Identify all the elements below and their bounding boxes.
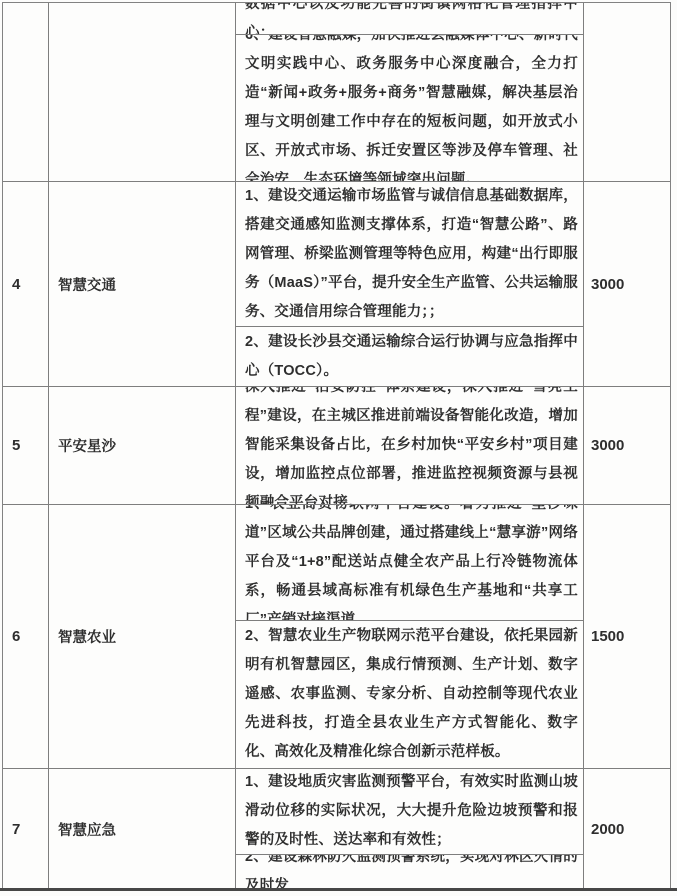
- project-name: 智慧应急: [58, 819, 116, 840]
- budget-value: 2000: [591, 821, 624, 838]
- table-row-6: 6 智慧农业 1、农业商贸物联网平台建设。着力推进“星沙味道”区域公共品牌创建，…: [3, 504, 670, 768]
- project-name-cell: 智慧农业: [49, 505, 236, 768]
- row-number-cell: [3, 3, 49, 181]
- detail-text: 数据中心以及功能完善的街镇网格化管理指挥中心；: [245, 3, 578, 34]
- detail-text: 2、建设长沙县交通运输综合运行协调与应急指挥中心（TOCC）。: [245, 328, 578, 386]
- detail-text: 2、智慧农业生产物联网示范平台建设，依托果园新明有机智慧园区，集成行情预测、生产…: [245, 622, 578, 767]
- detail-item: 数据中心以及功能完善的街镇网格化管理指挥中心；: [236, 3, 583, 34]
- details-cell: 数据中心以及功能完善的街镇网格化管理指挥中心； 6、建设智慧融媒，加快推进县融媒…: [236, 3, 584, 181]
- budget-cell: 3000: [584, 387, 670, 504]
- project-name: 智慧交通: [58, 274, 116, 295]
- detail-item: 2、智慧农业生产物联网示范平台建设，依托果园新明有机智慧园区，集成行情预测、生产…: [236, 620, 583, 768]
- detail-text: 1、建设地质灾害监测预警平台，有效实时监测山坡滑动位移的实际状况，大大提升危险边…: [245, 769, 578, 854]
- detail-item: 深入推进“治安防控”体系建设，深入推进“雪亮工程”建设，在主城区推进前端设备智能…: [236, 387, 583, 504]
- budget-value: 3000: [591, 276, 624, 293]
- detail-item: 1、农业商贸物联网平台建设。着力推进“星沙味道”区域公共品牌创建，通过搭建线上“…: [236, 505, 583, 620]
- project-name-cell: 平安星沙: [49, 387, 236, 504]
- row-number-cell: 4: [3, 182, 49, 386]
- table-row-5: 5 平安星沙 深入推进“治安防控”体系建设，深入推进“雪亮工程”建设，在主城区推…: [3, 386, 670, 504]
- detail-text: 1、农业商贸物联网平台建设。着力推进“星沙味道”区域公共品牌创建，通过搭建线上“…: [245, 505, 578, 620]
- details-cell: 1、建设交通运输市场监管与诚信信息基础数据库，搭建交通感知监测支撑体系，打造“智…: [236, 182, 584, 386]
- detail-text: 深入推进“治安防控”体系建设，深入推进“雪亮工程”建设，在主城区推进前端设备智能…: [245, 387, 578, 504]
- budget-cell: [584, 3, 670, 181]
- details-cell: 1、建设地质灾害监测预警平台，有效实时监测山坡滑动位移的实际状况，大大提升危险边…: [236, 769, 584, 889]
- row-number: 6: [12, 628, 20, 645]
- detail-text: 1、建设交通运输市场监管与诚信信息基础数据库，搭建交通感知监测支撑体系，打造“智…: [245, 182, 578, 326]
- table-row-7: 7 智慧应急 1、建设地质灾害监测预警平台，有效实时监测山坡滑动位移的实际状况，…: [3, 768, 670, 889]
- budget-cell: 3000: [584, 182, 670, 386]
- row-number-cell: 6: [3, 505, 49, 768]
- project-budget-table: 数据中心以及功能完善的街镇网格化管理指挥中心； 6、建设智慧融媒，加快推进县融媒…: [2, 2, 671, 888]
- row-number-cell: 5: [3, 387, 49, 504]
- detail-text: 2、建设森林防火监测预警系统，实现对林区火情的及时发: [245, 854, 578, 889]
- project-name: 平安星沙: [58, 435, 116, 456]
- row-number: 4: [12, 276, 20, 293]
- row-number: 5: [12, 437, 20, 454]
- row-number-cell: 7: [3, 769, 49, 889]
- table-row-4: 4 智慧交通 1、建设交通运输市场监管与诚信信息基础数据库，搭建交通感知监测支撑…: [3, 181, 670, 386]
- page-bottom-scan-edge: [0, 888, 677, 891]
- budget-value: 1500: [591, 628, 624, 645]
- row-number: 7: [12, 821, 20, 838]
- budget-cell: 2000: [584, 769, 670, 889]
- detail-item: 2、建设森林防火监测预警系统，实现对林区火情的及时发: [236, 854, 583, 889]
- project-name-cell: 智慧应急: [49, 769, 236, 889]
- detail-text: 6、建设智慧融媒，加快推进县融媒体中心、新时代文明实践中心、政务服务中心深度融合…: [245, 34, 578, 181]
- detail-item: 6、建设智慧融媒，加快推进县融媒体中心、新时代文明实践中心、政务服务中心深度融合…: [236, 34, 583, 181]
- project-name: 智慧农业: [58, 626, 116, 647]
- detail-item: 1、建设地质灾害监测预警平台，有效实时监测山坡滑动位移的实际状况，大大提升危险边…: [236, 769, 583, 854]
- project-name-cell: [49, 3, 236, 181]
- detail-item: 1、建设交通运输市场监管与诚信信息基础数据库，搭建交通感知监测支撑体系，打造“智…: [236, 182, 583, 326]
- detail-item: 2、建设长沙县交通运输综合运行协调与应急指挥中心（TOCC）。: [236, 326, 583, 386]
- budget-cell: 1500: [584, 505, 670, 768]
- project-name-cell: 智慧交通: [49, 182, 236, 386]
- details-cell: 深入推进“治安防控”体系建设，深入推进“雪亮工程”建设，在主城区推进前端设备智能…: [236, 387, 584, 504]
- table-row-continued: 数据中心以及功能完善的街镇网格化管理指挥中心； 6、建设智慧融媒，加快推进县融媒…: [3, 3, 670, 181]
- budget-value: 3000: [591, 437, 624, 454]
- details-cell: 1、农业商贸物联网平台建设。着力推进“星沙味道”区域公共品牌创建，通过搭建线上“…: [236, 505, 584, 768]
